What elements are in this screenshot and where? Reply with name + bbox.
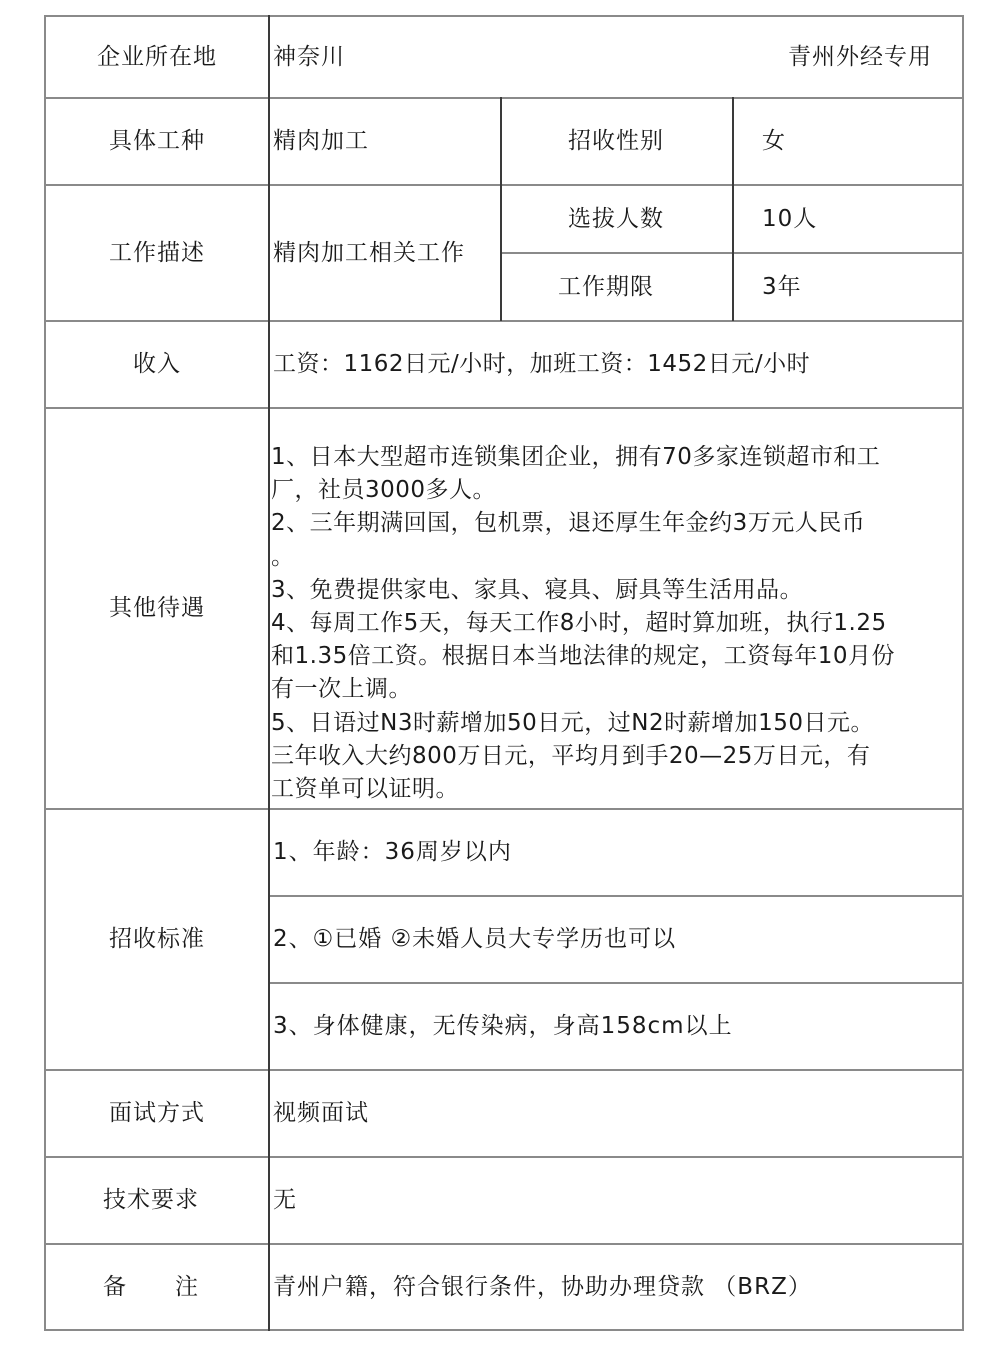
benefits-line: 4、每周工作5天，每天工作8小时，超时算加班，执行1.25 — [271, 607, 963, 640]
interview-value: 视频面试 — [268, 1071, 962, 1156]
usage-note: 青州外经专用 — [600, 17, 962, 97]
gender-label: 招收性别 — [500, 99, 732, 184]
benefits-line: 1、日本大型超市连锁集团企业，拥有70多家连锁超市和工 — [271, 441, 963, 474]
term-value: 3年 — [757, 254, 957, 320]
benefits-line: 工资单可以证明。 — [271, 773, 963, 806]
recruitment-table: 企业所在地 神奈川 青州外经专用 具体工种 精肉加工 招收性别 女 工作描述 精… — [0, 0, 1000, 1366]
benefits-label: 其他待遇 — [46, 409, 268, 808]
benefits-line: 有一次上调。 — [271, 673, 963, 706]
benefits-text: 1、日本大型超市连锁集团企业，拥有70多家连锁超市和工 厂，社员3000多人。 … — [271, 441, 963, 806]
benefits-line: 厂，社员3000多人。 — [271, 474, 963, 507]
income-value: 工资：1162日元/小时，加班工资：1452日元/小时 — [268, 322, 962, 407]
job-type-value: 精肉加工 — [268, 99, 500, 184]
column-divider — [732, 97, 734, 321]
benefits-line: 三年收入大约800万日元，平均月到手20—25万日元，有 — [271, 740, 963, 773]
table-border-bottom — [44, 1329, 964, 1331]
benefits-line: 3、免费提供家电、家具、寝具、厨具等生活用品。 — [271, 574, 963, 607]
remarks-value: 青州户籍，符合银行条件，协助办理贷款 （BRZ） — [268, 1245, 962, 1329]
job-desc-label: 工作描述 — [46, 186, 268, 320]
requirements-label: 招收标准 — [46, 810, 268, 1069]
requirement-marital: 2、①已婚 ②未婚人员大专学历也可以 — [268, 897, 962, 982]
location-label: 企业所在地 — [46, 17, 268, 97]
job-desc-value: 精肉加工相关工作 — [268, 186, 500, 320]
requirement-age: 1、年龄：36周岁以内 — [268, 810, 962, 895]
remarks-label: 备 注 — [40, 1245, 262, 1329]
skills-label: 技术要求 — [40, 1158, 262, 1243]
benefits-line: 和1.35倍工资。根据日本当地法律的规定，工资每年10月份 — [271, 640, 963, 673]
income-label: 收入 — [46, 322, 268, 407]
benefits-line: 。 — [271, 541, 963, 574]
skills-value: 无 — [268, 1158, 962, 1243]
gender-value: 女 — [757, 99, 957, 184]
requirement-health: 3、身体健康，无传染病，身高158cm以上 — [268, 984, 962, 1069]
headcount-value: 10人 — [757, 186, 957, 252]
interview-label: 面试方式 — [46, 1071, 268, 1156]
term-label: 工作期限 — [490, 254, 722, 320]
job-type-label: 具体工种 — [46, 99, 268, 184]
benefits-line: 2、三年期满回国，包机票，退还厚生年金约3万元人民币 — [271, 507, 963, 540]
benefits-line: 5、日语过N3时薪增加50日元，过N2时薪增加150日元。 — [271, 707, 963, 740]
location-value: 神奈川 — [268, 17, 568, 97]
headcount-label: 选拔人数 — [500, 186, 732, 252]
